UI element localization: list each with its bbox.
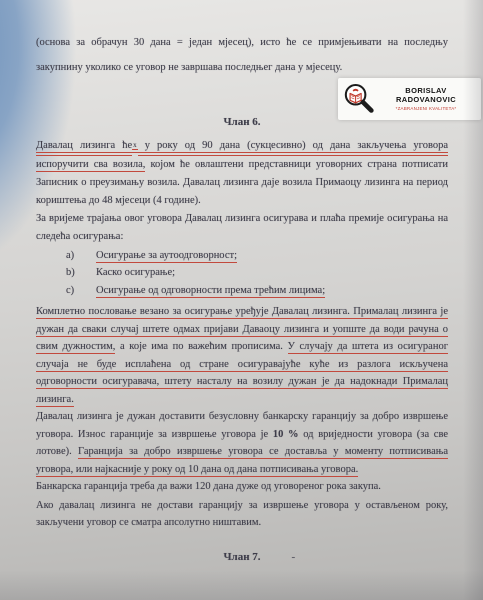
text-line: следећа осигурања: [36, 228, 448, 246]
insertion-mark: х [132, 141, 138, 153]
text-segment: За вријеме трајања овог уговора Давалац … [36, 213, 448, 224]
text-segment: од вриједности уговора (за све [299, 429, 448, 440]
text-line: испоручити сва возила, којом ће овлаштен… [36, 156, 448, 174]
paragraph: Банкарска гаранција треба да важи 120 да… [36, 478, 448, 496]
text-segment: Давалац лизинга је дужан доставити безус… [36, 411, 448, 422]
text-segment: У случају да штета из осигураног [288, 341, 449, 354]
text-segment: a) [66, 247, 96, 265]
text-segment: b) [66, 264, 96, 282]
text-line: За вријеме трајања овог уговора Давалац … [36, 210, 448, 228]
text-segment: 10 % [273, 429, 299, 440]
text-line: Давалац лизинга ћех у року од 90 дана (с… [36, 137, 448, 155]
paragraph: Комплетно пословање везано за осигурање … [36, 303, 448, 408]
text-segment: дужан да сваки случај штете одмах пријав… [36, 324, 448, 337]
text-segment: Банкарска гаранција треба да важи 120 да… [36, 481, 381, 492]
paragraph: За вријеме трајања овог уговора Давалац … [36, 210, 448, 246]
heading-text: Члан 7. [223, 551, 260, 563]
text-segment: Записник о преузимању возила. Давалац ли… [36, 177, 448, 188]
text-line: a)Осигурање за аутоодговорност; [36, 247, 448, 265]
text-line: Банкарска гаранција треба да важи 120 да… [36, 478, 448, 496]
text-segment: Осигурање од одговорности према трећим л… [96, 285, 325, 298]
paragraph: Давалац лизинга ћех у року од 90 дана (с… [36, 137, 448, 210]
text-segment: закупнину уколико се уговор не завршава … [36, 62, 342, 73]
text-segment: случаја не буде исплаћена од стране осиг… [36, 359, 448, 372]
paragraph: (основа за обрачун 30 дана = један мјесе… [36, 31, 448, 80]
paragraph: Давалац лизинга је дужан доставити безус… [36, 408, 448, 478]
text-line: Давалац лизинга је дужан доставити безус… [36, 408, 448, 426]
text-line: Записник о преузимању возила. Давалац ли… [36, 174, 448, 192]
paper-edge-shadow-right [463, 0, 483, 600]
text-line: закупнину уколико се уговор не завршава … [36, 56, 448, 81]
text-segment: c) [66, 282, 96, 300]
text-line: свим дужностим, а које има по важећим пр… [36, 338, 448, 356]
text-line: одговорности осигуравача, штету насталу … [36, 373, 448, 391]
text-line: закључени уговор се сматра апсолутно ниш… [36, 514, 448, 532]
text-segment: Давалац лизинга ће [36, 140, 132, 156]
text-line: случаја не буде исплаћена од стране осиг… [36, 356, 448, 374]
text-segment: а које има по важећим прописима. [115, 341, 287, 352]
text-line: уговора, или најкасније у року од 10 дан… [36, 461, 448, 479]
paragraph: a)Осигурање за аутоодговорност;b)Каско о… [36, 247, 448, 300]
text-segment: кориштења до 48 мјесеци (4 године). [36, 195, 201, 206]
paragraph: Ако давалац лизинга не достави гаранцију… [36, 497, 448, 532]
text-segment: Комплетно пословање везано за осигурање … [36, 306, 448, 319]
text-segment: свим дужностим, [36, 341, 115, 354]
text-segment: у року од 90 дана (сукцесивно) од дана з… [138, 140, 448, 156]
text-segment: лизинга. [36, 394, 74, 407]
text-segment: Каско осигурање; [96, 267, 175, 278]
text-line: c)Осигурање од одговорности према трећим… [36, 282, 448, 300]
text-segment: испоручити сва возила, [36, 159, 145, 172]
text-segment: уговора. Износ гаранције за извршење уго… [36, 429, 273, 440]
text-segment: уговора, или најкасније у року од 10 дан… [36, 464, 358, 477]
article-heading: Члан 7.- [36, 548, 448, 566]
text-segment: Осигурање за аутоодговорност; [96, 250, 237, 263]
text-line: уговора. Износ гаранције за извршење уго… [36, 426, 448, 444]
text-line: (основа за обрачун 30 дана = један мјесе… [36, 31, 448, 56]
text-segment: лотове). [36, 446, 78, 457]
article-heading: Члан 6. [36, 113, 448, 131]
text-line: Ако давалац лизинга не достави гаранцију… [36, 497, 448, 515]
text-line: b)Каско осигурање; [36, 264, 448, 282]
text-line: лизинга. [36, 391, 448, 409]
text-line: Комплетно пословање везано за осигурање … [36, 303, 448, 321]
text-segment: закључени уговор се сматра апсолутно ниш… [36, 517, 261, 528]
document-text: (основа за обрачун 30 дана = један мјесе… [36, 31, 448, 566]
text-line: дужан да сваки случај штете одмах пријав… [36, 321, 448, 339]
text-segment: којом ће овлаштени представници уговорни… [145, 159, 448, 170]
heading-text: Члан 6. [223, 116, 260, 128]
scanned-contract-page: BORISLAV RADOVANOVIC *ZABRANJENI KVALITE… [0, 0, 483, 600]
text-segment: Ако давалац лизинга не достави гаранцију… [36, 500, 448, 511]
text-line: лотове). Гаранција за добро извршење уго… [36, 443, 448, 461]
paper-edge-shadow-bottom [0, 570, 483, 600]
text-segment: одговорности осигуравача, штету насталу … [36, 376, 448, 389]
text-segment: Гаранција за добро извршење уговора се д… [78, 446, 448, 459]
stray-pen-mark: - [291, 548, 295, 566]
text-segment: следећа осигурања: [36, 231, 123, 242]
text-line: кориштења до 48 мјесеци (4 године). [36, 192, 448, 210]
text-segment: (основа за обрачун 30 дана = један мјесе… [36, 37, 448, 48]
